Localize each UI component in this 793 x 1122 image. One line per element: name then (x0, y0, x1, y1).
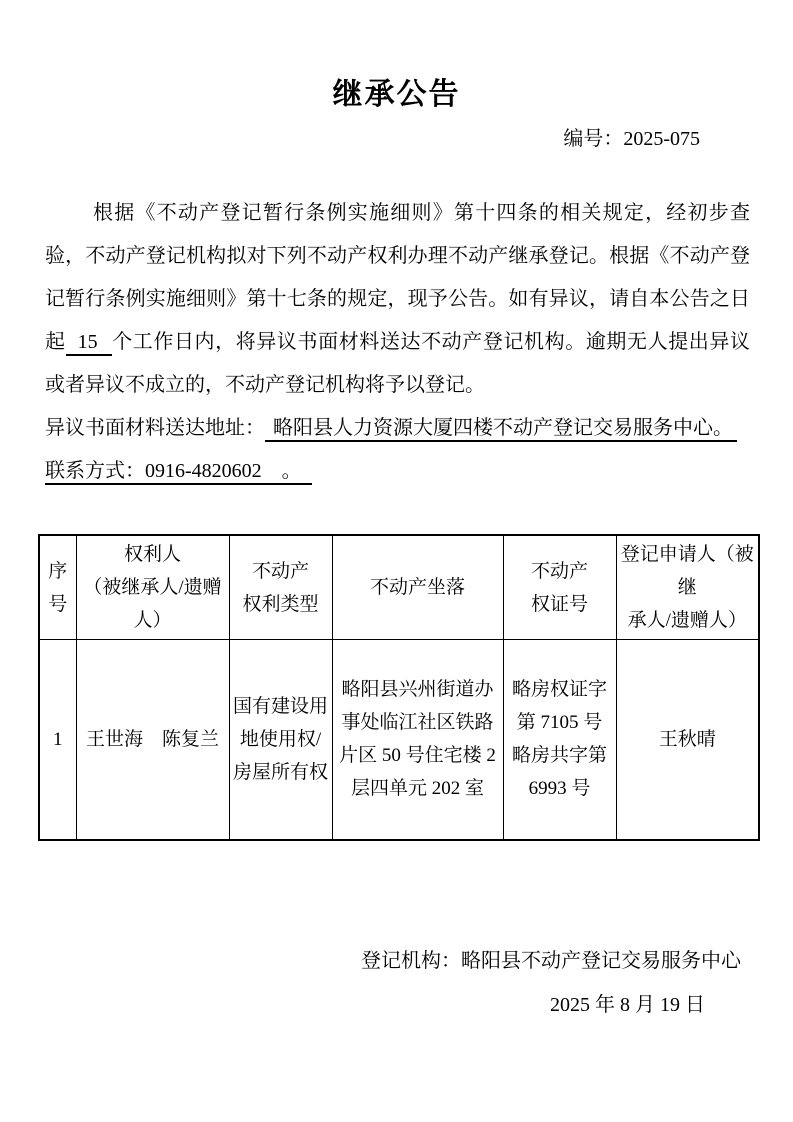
cell-location: 略阳县兴州街道办 事处临江社区铁路 片区 50 号住宅楼 2 层四单元 202 … (332, 640, 503, 840)
address-label: 异议书面材料送达地址： (45, 417, 265, 439)
inheritance-registration-table: 序 号 权利人 （被继承人/遗赠 人） 不动产 权利类型 不动产坐落 不动产 权… (38, 534, 760, 841)
col-header-right-type: 不动产 权利类型 (229, 535, 332, 640)
cell-applicant: 王秋晴 (616, 640, 759, 840)
cell-cert-no: 略房权证字 第 7105 号 略房共字第 6993 号 (503, 640, 616, 840)
registry-org-line: 登记机构：略阳县不动产登记交易服务中心 (0, 939, 741, 983)
col-header-cert-no: 不动产 权证号 (503, 535, 616, 640)
document-page: 继承公告 编号：2025-075 根据《不动产登记暂行条例实施细则》第十四条的相… (0, 0, 793, 1122)
paragraph-text-cont: 个工作日内，将异议书面材料送达不动产登记机构。逾期无人提出异议或者异议不成立的，… (45, 331, 750, 396)
col-header-seq: 序 号 (39, 535, 76, 640)
table-header-row: 序 号 权利人 （被继承人/遗赠 人） 不动产 权利类型 不动产坐落 不动产 权… (39, 535, 759, 640)
address-line: 异议书面材料送达地址：略阳县人力资源大厦四楼不动产登记交易服务中心。 (45, 407, 750, 450)
page-title: 继承公告 (0, 0, 793, 114)
announcement-date: 2025 年 8 月 19 日 (0, 983, 705, 1027)
col-header-location: 不动产坐落 (332, 535, 503, 640)
document-footer: 登记机构：略阳县不动产登记交易服务中心 2025 年 8 月 19 日 (0, 939, 793, 1027)
col-header-right-holder: 权利人 （被继承人/遗赠 人） (76, 535, 229, 640)
body-paragraph: 根据《不动产登记暂行条例实施细则》第十四条的相关规定，经初步查验，不动产登记机构… (45, 192, 750, 407)
table-row: 1 王世海 陈复兰 国有建设用 地使用权/ 房屋所有权 略阳县兴州街道办 事处临… (39, 640, 759, 840)
cell-right-holder: 王世海 陈复兰 (76, 640, 229, 840)
address-value: 略阳县人力资源大厦四楼不动产登记交易服务中心。 (265, 417, 737, 442)
doc-number: 编号：2025-075 (0, 126, 793, 152)
contact-line: 联系方式：0916-4820602 。 (45, 450, 750, 493)
col-header-applicant: 登记申请人（被继 承人/遗赠人） (616, 535, 759, 640)
contact-value: 联系方式：0916-4820602 。 (45, 460, 312, 485)
body-text-block: 根据《不动产登记暂行条例实施细则》第十四条的相关规定，经初步查验，不动产登记机构… (45, 192, 750, 493)
cell-seq: 1 (39, 640, 76, 840)
objection-days-value: 15 (66, 331, 112, 356)
cell-right-type: 国有建设用 地使用权/ 房屋所有权 (229, 640, 332, 840)
